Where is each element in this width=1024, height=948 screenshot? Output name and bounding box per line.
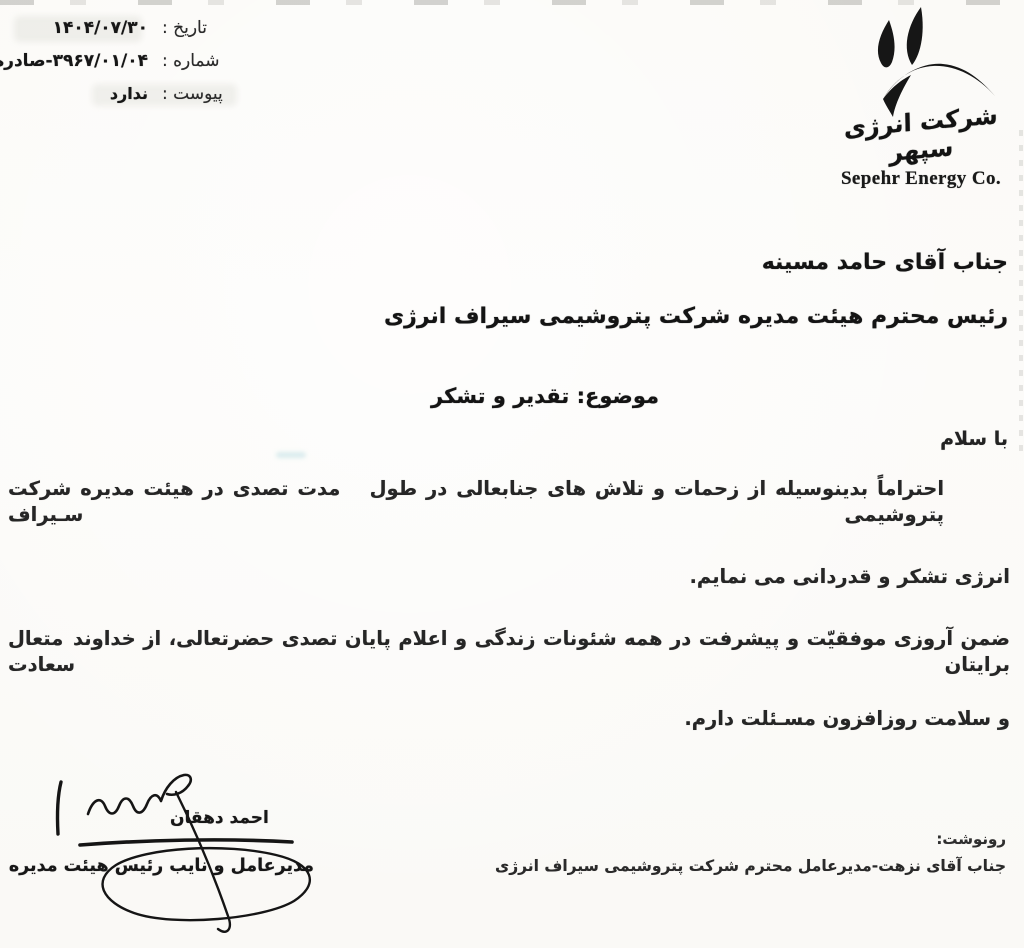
recipient-block: جناب آقای حامد مسینه رئیس محترم هیئت مدی… (384, 236, 1008, 344)
letter-meta-block: تاریخ : ۱۴۰۴/۰۷/۳۰ شماره : ۳۹۶۷/۰۱/۰۴-صا… (14, 18, 224, 117)
number-value: ۳۹۶۷/۰۱/۰۴-صادره (0, 51, 148, 71)
scanned-letter-page: تاریخ : ۱۴۰۴/۰۷/۳۰ شماره : ۳۹۶۷/۰۱/۰۴-صا… (0, 0, 1024, 948)
subject-line: موضوع: تقدیر و تشکر (240, 384, 850, 408)
signatory-title: مدیرعامل و نایب رئیس هیئت مدیره (28, 856, 314, 876)
meta-row-date: تاریخ : ۱۴۰۴/۰۷/۳۰ (14, 18, 224, 38)
scan-perforation-artifact-right (1019, 130, 1023, 460)
signatory-name: احمد دهقان (170, 808, 269, 828)
cc-recipient: جناب آقای نزهت-مدیرعامل محترم شرکت پتروش… (495, 857, 1006, 875)
number-label: شماره : (162, 51, 224, 71)
recipient-title: رئیس محترم هیئت مدیره شرکت پتروشیمی سیرا… (384, 290, 1008, 344)
body-paragraph1-line1: احتراماً بدینوسیله از زحمات و تلاش های ج… (8, 476, 1010, 528)
attachment-value: ندارد (110, 84, 148, 103)
date-value: ۱۴۰۴/۰۷/۳۰ (53, 18, 148, 38)
cc-label: رونوشت: (495, 830, 1006, 848)
meta-row-attachment: پیوست : ندارد (14, 84, 224, 104)
salutation: با سلام (940, 428, 1008, 450)
recipient-name: جناب آقای حامد مسینه (384, 236, 1008, 290)
scan-color-speck (276, 452, 306, 458)
attachment-label: پیوست : (162, 84, 224, 104)
body-paragraph1-line2: انرژی تشکر و قدردانی می نمایم. (8, 564, 1010, 590)
meta-row-number: شماره : ۳۹۶۷/۰۱/۰۴-صادره (14, 51, 224, 71)
body-paragraph2-line1: ضمن آروزی موفقیّت و پیشرفت در همه شئونات… (8, 626, 1010, 678)
company-name-english: Sepehr Energy Co. (826, 168, 1016, 190)
body-paragraph2-line2: و سلامت روزافزون مسـئلت دارم. (8, 706, 1010, 732)
cc-block: رونوشت: جناب آقای نزهت-مدیرعامل محترم شر… (495, 830, 1006, 875)
date-label: تاریخ : (162, 18, 224, 38)
signature-block: احمد دهقان مدیرعامل و نایب رئیس هیئت مدی… (24, 768, 354, 946)
letter-body: احتراماً بدینوسیله از زحمات و تلاش های ج… (8, 476, 1010, 732)
company-logo-block: شرکت انرژی سپهر Sepehr Energy Co. (826, 4, 1016, 190)
